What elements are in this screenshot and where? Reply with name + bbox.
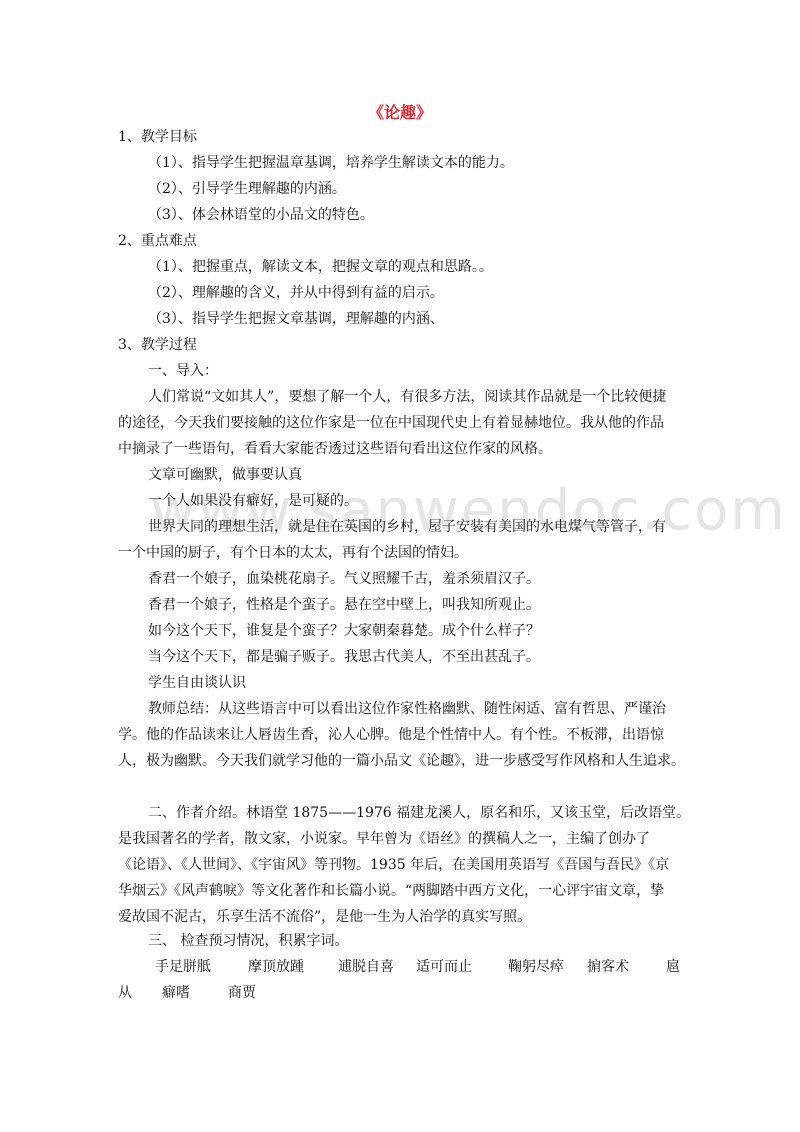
author-intro-line: 《论语》、《人世间》、《宇宙风》等刊物。1935 年后，在美国用英语写《吾国与吾… (118, 856, 698, 874)
objective-item: （2）、引导学生理解趣的内涵。 (148, 180, 728, 198)
quote-line: 如今这个天下，谁复是个蛮子？大家朝秦暮楚。成个什么样子？ (148, 622, 728, 640)
vocab-word: 手足胼胝 (155, 958, 211, 976)
vocab-word: 从 (118, 984, 132, 1002)
quote-line: 香君一个娘子，性格是个蛮子。悬在空中壁上，叫我知所观止。 (148, 596, 728, 614)
summary-line: 教师总结：从这些语言中可以看出这位作家性格幽默、随性闲适、富有哲思、严谨治 (148, 700, 728, 718)
quote-line: 世界大同的理想生活，就是住在英国的乡村，屋子安装有美国的水电煤气等管子，有 (148, 518, 728, 536)
section-heading-process: 3、教学过程 (118, 336, 698, 354)
summary-line: 学。他的作品读来让人唇齿生香，沁人心脾。他是个性情中人。有个性。不板滞，出语惊 (118, 726, 698, 744)
vocab-word: 鞠躬尽瘁 (508, 958, 564, 976)
quote-line: 一个中国的厨子，有个日本的太太，再有个法国的情妇。 (118, 544, 698, 562)
intro-heading: 一、导入： (148, 362, 728, 380)
intro-paragraph-line: 中摘录了一些语句，看看大家能否透过这些语句看出这位作家的风格。 (118, 440, 698, 458)
author-intro-line: 是我国著名的学者，散文家，小说家。早年曾为《语丝》的撰稿人之一，主编了创办了 (118, 830, 698, 848)
author-intro-line: 爱故国不泥古，乐享生活不流俗”，是他一生为人治学的真实写照。 (118, 908, 698, 926)
key-point-item: （1）、把握重点，解读文本，把握文章的观点和思路。。 (148, 258, 728, 276)
section-heading-objectives: 1、教学目标 (118, 128, 698, 146)
vocab-word: 扈 (666, 958, 680, 976)
intro-paragraph-line: 的途径，今天我们要接触的这位作家是一位在中国现代史上有着显赫地位。我从他的作品 (118, 414, 698, 432)
vocab-word: 适可而止 (416, 958, 472, 976)
student-discussion-line: 学生自由谈认识 (148, 674, 728, 692)
vocab-word: 商贾 (228, 984, 256, 1002)
document-title: 《论趣》 (0, 100, 800, 123)
vocab-word: 掮客术 (587, 958, 629, 976)
section-heading-key-points: 2、重点难点 (118, 232, 698, 250)
quote-line: 当今这个天下，都是骗子贩子。我思古代美人，不至出甚乱子。 (148, 648, 728, 666)
intro-paragraph-line: 人们常说“文如其人”，要想了解一个人，有很多方法，阅读其作品就是一个比较便捷 (148, 388, 728, 406)
quote-line: 文章可幽默，做事要认真 (148, 466, 728, 484)
quote-line: 香君一个娘子，血染桃花扇子。气义照耀千古，羞杀须眉汉子。 (148, 570, 728, 588)
vocab-word: 癖嗜 (162, 984, 190, 1002)
author-intro-line: 二、作者介绍。林语堂 1875——1976 福建龙溪人，原名和乐，又该玉堂，后改… (148, 804, 728, 822)
objective-item: （3）、体会林语堂的小品文的特色。 (148, 206, 728, 224)
summary-line: 人，极为幽默。今天我们就学习他的一篇小品文《论趣》，进一步感受写作风格和人生追求… (118, 752, 698, 770)
key-point-item: （2）、理解趣的含义，并从中得到有益的启示。 (148, 284, 728, 302)
author-intro-line: 华烟云》《风声鹤唳》等文化著作和长篇小说。“两脚踏中西方文化，一心评宇宙文章，挚 (118, 882, 698, 900)
document-page: www.sanwendoc.com 《论趣》 1、教学目标 （1）、指导学生把握… (0, 0, 800, 1132)
vocab-word: 逋脱自喜 (338, 958, 394, 976)
quote-line: 一个人如果没有癖好，是可疑的。 (148, 492, 728, 510)
check-preview-heading: 三、 检查预习情况，积累字词。 (148, 932, 728, 950)
objective-item: （1）、指导学生把握温章基调，培养学生解读文本的能力。 (148, 154, 728, 172)
vocab-word: 摩顶放踵 (248, 958, 304, 976)
key-point-item: （3）、指导学生把握文章基调，理解趣的内涵、 (148, 310, 728, 328)
